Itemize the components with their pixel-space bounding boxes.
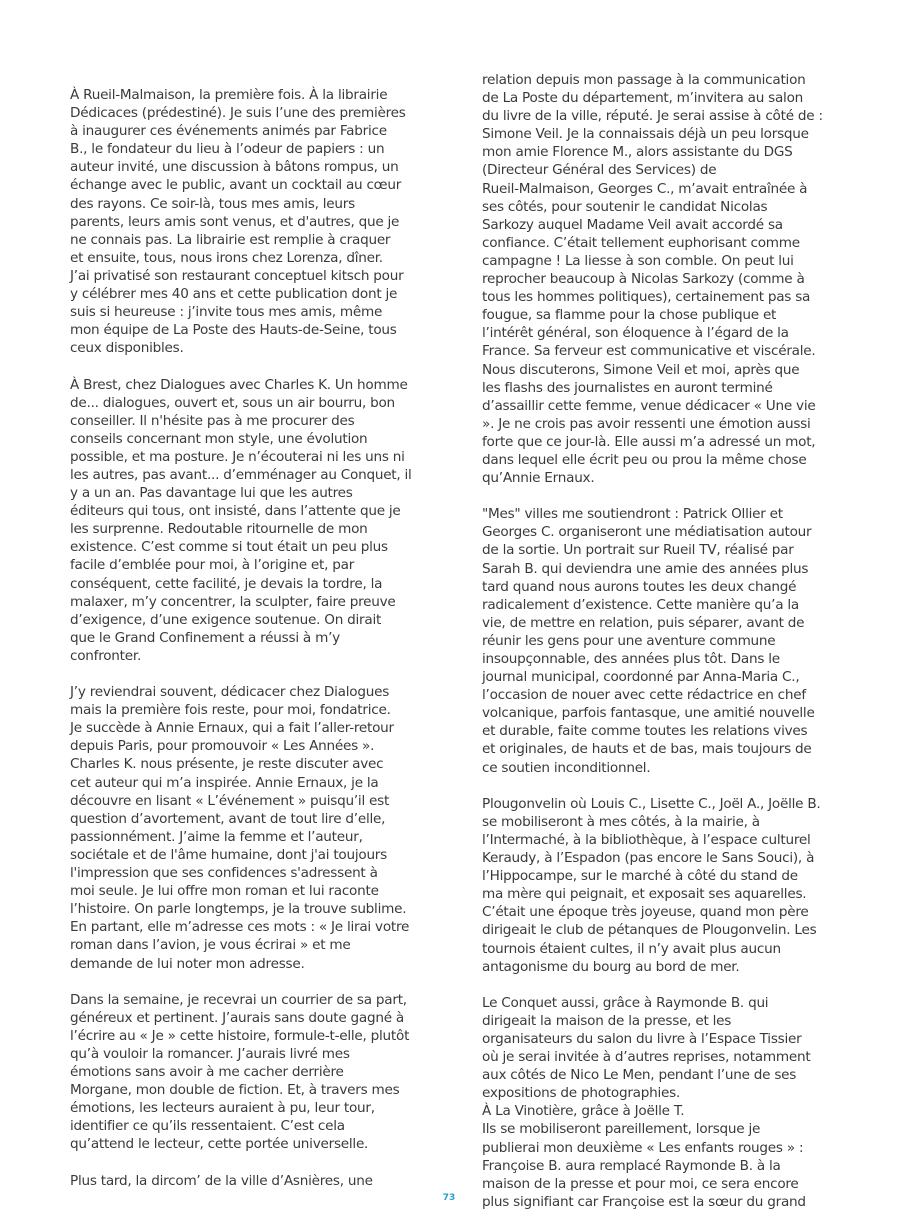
text-line: publierai mon deuxième « Les enfants rou… bbox=[482, 1139, 834, 1157]
text-line: insoupçonnable, des années plus tôt. Dan… bbox=[482, 650, 834, 668]
text-line: Plus tard, la dircom’ de la ville d’Asni… bbox=[70, 1172, 420, 1190]
text-line: aux côtés de Nico Le Men, pendant l’une … bbox=[482, 1066, 834, 1084]
text-line: facile d’emblée pour moi, à l’origine et… bbox=[70, 556, 420, 574]
document-page: À Rueil-Malmaison, la première fois. À l… bbox=[0, 0, 898, 1228]
text-line: l’Hippocampe, sur le marché à côté du st… bbox=[482, 867, 834, 885]
text-line: émotions sans avoir à me cacher derrière bbox=[70, 1063, 420, 1081]
text-line: malaxer, m’y concentrer, la sculpter, fa… bbox=[70, 593, 420, 611]
text-line: suis si heureuse : j’invite tous mes ami… bbox=[70, 303, 420, 321]
text-line: expositions de photographies. bbox=[482, 1084, 834, 1102]
text-line: radicalement d’existence. Cette manière … bbox=[482, 596, 834, 614]
text-line: Le Conquet aussi, grâce à Raymonde B. qu… bbox=[482, 994, 834, 1012]
text-line: ce soutien inconditionnel. bbox=[482, 759, 834, 777]
text-line: demande de lui noter mon adresse. bbox=[70, 955, 420, 973]
text-line: À Brest, chez Dialogues avec Charles K. … bbox=[70, 376, 420, 394]
text-line: les flashs des journalistes en auront te… bbox=[482, 379, 834, 397]
paragraph: À Brest, chez Dialogues avec Charles K. … bbox=[70, 376, 420, 666]
text-line: qu’Annie Ernaux. bbox=[482, 469, 834, 487]
text-line: où je serai invitée à d’autres reprises,… bbox=[482, 1048, 834, 1066]
text-line: et ensuite, tous, nous irons chez Lorenz… bbox=[70, 249, 420, 267]
text-line: dirigeait le club de pétanques de Plougo… bbox=[482, 921, 834, 939]
text-line: mon amie Florence M., alors assistante d… bbox=[482, 143, 834, 161]
text-line: reprocher beaucoup à Nicolas Sarkozy (co… bbox=[482, 270, 834, 288]
text-line: possible, et ma posture. Je n’écouterai … bbox=[70, 448, 420, 466]
text-line: Ils se mobiliseront pareillement, lorsqu… bbox=[482, 1120, 834, 1138]
text-line: mon équipe de La Poste des Hauts-de-Sein… bbox=[70, 321, 420, 339]
text-line: J’y reviendrai souvent, dédicacer chez D… bbox=[70, 683, 420, 701]
text-line: maison de la presse et pour moi, ce sera… bbox=[482, 1175, 834, 1193]
text-line: Je succède à Annie Ernaux, qui a fait l’… bbox=[70, 719, 420, 737]
paragraph: Plougonvelin où Louis C., Lisette C., Jo… bbox=[482, 795, 834, 976]
text-line: Nous discuterons, Simone Veil et moi, ap… bbox=[482, 361, 834, 379]
text-line: Georges C. organiseront une médiatisatio… bbox=[482, 523, 834, 541]
text-line: À Rueil-Malmaison, la première fois. À l… bbox=[70, 86, 420, 104]
text-line: Plougonvelin où Louis C., Lisette C., Jo… bbox=[482, 795, 834, 813]
text-line: Keraudy, à l’Espadon (pas encore le Sans… bbox=[482, 849, 834, 867]
text-line: confiance. C’était tellement euphorisant… bbox=[482, 234, 834, 252]
text-line: roman dans l’avion, je vous écrirai » et… bbox=[70, 936, 420, 954]
text-line: ses côtés, pour soutenir le candidat Nic… bbox=[482, 198, 834, 216]
text-line: mais la première fois reste, pour moi, f… bbox=[70, 701, 420, 719]
text-line: relation depuis mon passage à la communi… bbox=[482, 71, 834, 89]
text-line: volcanique, parfois fantasque, une amiti… bbox=[482, 704, 834, 722]
text-line: se mobiliseront à mes côtés, à la mairie… bbox=[482, 813, 834, 831]
paragraph: Dans la semaine, je recevrai un courrier… bbox=[70, 991, 420, 1154]
text-line: que le Grand Confinement a réussi à m’y bbox=[70, 629, 420, 647]
text-line: Dans la semaine, je recevrai un courrier… bbox=[70, 991, 420, 1009]
text-line: Sarah B. qui deviendra une amie des anné… bbox=[482, 560, 834, 578]
text-line: Rueil-Malmaison, Georges C., m’avait ent… bbox=[482, 180, 834, 198]
text-line: Simone Veil. Je la connaissais déjà un p… bbox=[482, 125, 834, 143]
text-line: campagne ! La liesse à son comble. On pe… bbox=[482, 252, 834, 270]
text-line: auteur invité, une discussion à bâtons r… bbox=[70, 158, 420, 176]
text-line: C’était une époque très joyeuse, quand m… bbox=[482, 903, 834, 921]
text-line: forte que ce jour-là. Elle aussi m’a adr… bbox=[482, 433, 834, 451]
text-line: "Mes" villes me soutiendront : Patrick O… bbox=[482, 505, 834, 523]
text-line: vie, de mettre en relation, puis séparer… bbox=[482, 614, 834, 632]
text-line: En partant, elle m’adresse ces mots : « … bbox=[70, 918, 420, 936]
page-number: 73 bbox=[0, 1193, 898, 1203]
text-line: l’occasion de nouer avec cette rédactric… bbox=[482, 686, 834, 704]
text-line: ». Je ne crois pas avoir ressenti une ém… bbox=[482, 415, 834, 433]
paragraph: relation depuis mon passage à la communi… bbox=[482, 71, 834, 487]
text-line: Morgane, mon double de fiction. Et, à tr… bbox=[70, 1081, 420, 1099]
text-line: découvre en lisant « L’événement » puisq… bbox=[70, 792, 420, 810]
paragraph: Le Conquet aussi, grâce à Raymonde B. qu… bbox=[482, 994, 834, 1211]
text-line: passionnément. J’aime la femme et l’aute… bbox=[70, 828, 420, 846]
paragraph: "Mes" villes me soutiendront : Patrick O… bbox=[482, 505, 834, 776]
text-line: Dédicaces (prédestiné). Je suis l’une de… bbox=[70, 104, 420, 122]
text-line: des rayons. Ce soir-là, tous mes amis, l… bbox=[70, 195, 420, 213]
text-line: éditeurs qui tous, ont insisté, dans l’a… bbox=[70, 502, 420, 520]
text-line: ne connais pas. La librairie est remplie… bbox=[70, 231, 420, 249]
text-line: d’assaillir cette femme, venue dédicacer… bbox=[482, 397, 834, 415]
text-line: sociétale et de l'âme humaine, dont j'ai… bbox=[70, 846, 420, 864]
text-line: identifier ce qu’ils ressentaient. C’est… bbox=[70, 1117, 420, 1135]
text-line: depuis Paris, pour promouvoir « Les Anné… bbox=[70, 737, 420, 755]
text-line: les surprenne. Redoutable ritournelle de… bbox=[70, 520, 420, 538]
text-line: l’écrire au « Je » cette histoire, formu… bbox=[70, 1027, 420, 1045]
text-line: (Directeur Général des Services) de bbox=[482, 161, 834, 179]
paragraph: J’y reviendrai souvent, dédicacer chez D… bbox=[70, 683, 420, 973]
text-line: question d’avortement, avant de tout lir… bbox=[70, 810, 420, 828]
text-line: à inaugurer ces événements animés par Fa… bbox=[70, 122, 420, 140]
paragraph: À Rueil-Malmaison, la première fois. À l… bbox=[70, 86, 420, 357]
text-line: B., le fondateur du lieu à l’odeur de pa… bbox=[70, 140, 420, 158]
text-line: de... dialogues, ouvert et, sous un air … bbox=[70, 394, 420, 412]
text-line: les autres, pas avant... d’emménager au … bbox=[70, 466, 420, 484]
text-line: et durable, faite comme toutes les relat… bbox=[482, 722, 834, 740]
text-line: émotions, les lecteurs auraient à pu, le… bbox=[70, 1099, 420, 1117]
text-line: l’histoire. On parle longtemps, je la tr… bbox=[70, 900, 420, 918]
left-column: À Rueil-Malmaison, la première fois. À l… bbox=[70, 86, 420, 1190]
text-line: tous les hommes politiques), certainemen… bbox=[482, 288, 834, 306]
text-line: ceux disponibles. bbox=[70, 339, 420, 357]
text-line: conseiller. Il n'hésite pas à me procure… bbox=[70, 412, 420, 430]
text-line: Charles K. nous présente, je reste discu… bbox=[70, 755, 420, 773]
text-line: y célébrer mes 40 ans et cette publicati… bbox=[70, 285, 420, 303]
text-line: tard quand nous aurons toutes les deux c… bbox=[482, 578, 834, 596]
text-line: échange avec le public, avant un cocktai… bbox=[70, 176, 420, 194]
text-line: réunir les gens pour une aventure commun… bbox=[482, 632, 834, 650]
text-line: l’Intermaché, à la bibliothèque, à l’esp… bbox=[482, 831, 834, 849]
text-line: généreux et pertinent. J’aurais sans dou… bbox=[70, 1009, 420, 1027]
text-line: tournois étaient cultes, il n’y avait pl… bbox=[482, 940, 834, 958]
text-line: France. Sa ferveur est communicative et … bbox=[482, 342, 834, 360]
text-line: dirigeait la maison de la presse, et les bbox=[482, 1012, 834, 1030]
text-line: du livre de la ville, réputé. Je serai a… bbox=[482, 107, 834, 125]
text-line: conseils concernant mon style, une évolu… bbox=[70, 430, 420, 448]
paragraph: Plus tard, la dircom’ de la ville d’Asni… bbox=[70, 1172, 420, 1190]
text-line: ma mère qui peignait, et exposait ses aq… bbox=[482, 885, 834, 903]
text-line: dans lequel elle écrit peu ou prou la mê… bbox=[482, 451, 834, 469]
text-line: confronter. bbox=[70, 647, 420, 665]
text-line: J’ai privatisé son restaurant conceptuel… bbox=[70, 267, 420, 285]
text-line: et originales, de hauts et de bas, mais … bbox=[482, 740, 834, 758]
text-line: organisateurs du salon du livre à l’Espa… bbox=[482, 1030, 834, 1048]
text-line: antagonisme du bourg au bord de mer. bbox=[482, 958, 834, 976]
text-line: l'impression que ses confidences s'adres… bbox=[70, 864, 420, 882]
text-line: de la sortie. Un portrait sur Rueil TV, … bbox=[482, 541, 834, 559]
text-line: existence. C’est comme si tout était un … bbox=[70, 538, 420, 556]
text-line: qu’attend le lecteur, cette portée unive… bbox=[70, 1135, 420, 1153]
text-line: fougue, sa flamme pour la chose publique… bbox=[482, 306, 834, 324]
text-line: moi seule. Je lui offre mon roman et lui… bbox=[70, 882, 420, 900]
right-column: relation depuis mon passage à la communi… bbox=[482, 71, 834, 1211]
text-line: qu’à vouloir la romancer. J’aurais livré… bbox=[70, 1045, 420, 1063]
text-line: cet auteur qui m’a inspirée. Annie Ernau… bbox=[70, 774, 420, 792]
text-line: d’exigence, d’une exigence soutenue. On … bbox=[70, 611, 420, 629]
text-line: parents, leurs amis sont venus, et d'aut… bbox=[70, 213, 420, 231]
text-line: conséquent, cette facilité, je devais la… bbox=[70, 575, 420, 593]
text-line: l’intérêt général, son éloquence à l’éga… bbox=[482, 324, 834, 342]
text-line: de La Poste du département, m’invitera a… bbox=[482, 89, 834, 107]
text-line: Sarkozy auquel Madame Veil avait accordé… bbox=[482, 216, 834, 234]
text-line: Françoise B. aura remplacé Raymonde B. à… bbox=[482, 1157, 834, 1175]
text-line: À La Vinotière, grâce à Joëlle T. bbox=[482, 1102, 834, 1120]
text-line: journal municipal, coordonné par Anna-Ma… bbox=[482, 668, 834, 686]
text-line: y a un an. Pas davantage lui que les aut… bbox=[70, 484, 420, 502]
